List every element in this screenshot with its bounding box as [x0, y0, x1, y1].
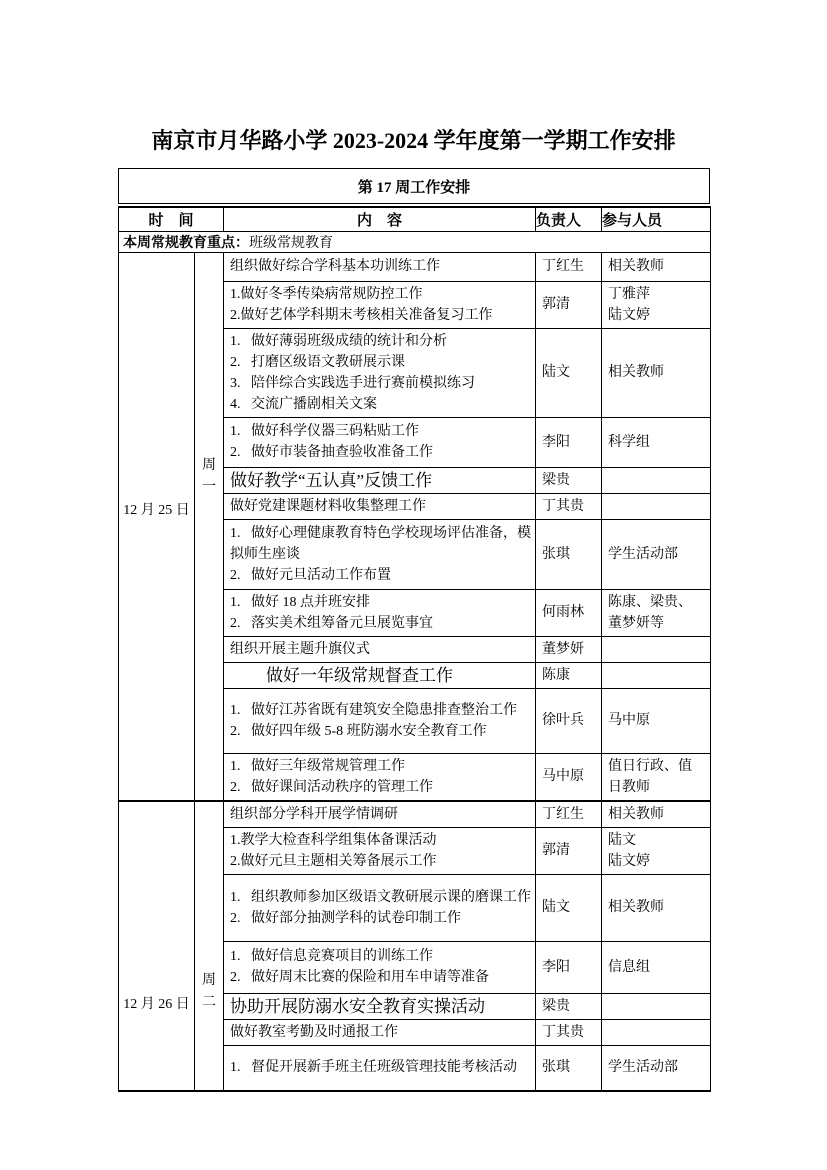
participants-cell	[602, 467, 711, 493]
task-content: 1. 做好科学仪器三码粘贴工作 2. 做好市装备抽查验收准备工作	[224, 417, 536, 467]
leader-cell: 何雨林	[536, 589, 602, 636]
weekday-text: 周二	[202, 970, 217, 1014]
participants-cell: 相关教师	[602, 801, 711, 828]
task-content: 1. 做好薄弱班级成绩的统计和分析 2. 打磨区级语文教研展示课 3. 陪伴综合…	[224, 328, 536, 417]
leader-cell: 梁贵	[536, 467, 602, 493]
participants-cell: 相关教师	[602, 252, 711, 281]
leader-cell: 董梦妍	[536, 636, 602, 662]
leader-cell: 徐叶兵	[536, 688, 602, 753]
participants-cell: 丁雅萍 陆文婷	[602, 281, 711, 328]
participants-cell	[602, 636, 711, 662]
task-content: 做好一年级常规督查工作	[224, 662, 536, 688]
participants-cell: 陆文 陆文婷	[602, 827, 711, 874]
leader-cell: 丁其贵	[536, 493, 602, 519]
participants-cell	[602, 493, 711, 519]
task-content: 1.做好冬季传染病常规防控工作 2.做好艺体学科期末考核相关准备复习工作	[224, 281, 536, 328]
date-cell: 12 月 26 日	[119, 801, 195, 1092]
task-content: 做好教室考勤及时通报工作	[224, 1019, 536, 1045]
weekly-focus-value: 班级常规教育	[249, 236, 333, 251]
week-banner-table: 第 17 周工作安排	[118, 168, 710, 204]
task-content: 协助开展防溺水安全教育实操活动	[224, 993, 536, 1019]
column-header-leader: 负责人	[536, 207, 602, 231]
table-row: 12 月 26 日 周二 组织部分学科开展学情调研 丁红生 相关教师	[119, 801, 711, 828]
weekday-text: 周一	[202, 455, 217, 499]
participants-cell: 相关教师	[602, 328, 711, 417]
date-text: 12 月 25 日	[119, 499, 194, 519]
leader-cell: 郭清	[536, 827, 602, 874]
task-content: 组织部分学科开展学情调研	[224, 801, 536, 828]
leader-cell: 陆文	[536, 328, 602, 417]
table-row: 12 月 25 日 周一 组织做好综合学科基本功训练工作 丁红生 相关教师	[119, 252, 711, 281]
page-title: 南京市月华路小学 2023-2024 学年度第一学期工作安排	[0, 126, 827, 156]
task-content: 做好党建课题材料收集整理工作	[224, 493, 536, 519]
leader-cell: 丁红生	[536, 252, 602, 281]
header-row: 时 间 内 容 负责人 参与人员	[119, 207, 711, 231]
participants-cell: 学生活动部	[602, 519, 711, 589]
participants-cell	[602, 993, 711, 1019]
schedule-table: 时 间 内 容 负责人 参与人员 本周常规教育重点：班级常规教育 12 月 25…	[118, 206, 711, 1092]
leader-cell: 丁其贵	[536, 1019, 602, 1045]
date-cell: 12 月 25 日	[119, 252, 195, 801]
weekday-cell: 周一	[195, 252, 224, 801]
leader-cell: 张琪	[536, 1045, 602, 1091]
weekly-focus-label: 本周常规教育重点：	[123, 236, 249, 251]
participants-cell: 学生活动部	[602, 1045, 711, 1091]
task-content: 组织做好综合学科基本功训练工作	[224, 252, 536, 281]
participants-cell: 科学组	[602, 417, 711, 467]
task-content: 1.教学大检查科学组集体备课活动 2.做好元旦主题相关筹备展示工作	[224, 827, 536, 874]
task-content: 做好教学“五认真”反馈工作	[224, 467, 536, 493]
participants-cell: 陈康、梁贵、董梦妍等	[602, 589, 711, 636]
focus-row: 本周常规教育重点：班级常规教育	[119, 231, 711, 252]
document-page: 南京市月华路小学 2023-2024 学年度第一学期工作安排 第 17 周工作安…	[0, 0, 827, 1170]
task-content: 1. 组织教师参加区级语文教研展示课的磨课工作 2. 做好部分抽测学科的试卷印制…	[224, 874, 536, 941]
task-content: 1. 做好三年级常规管理工作 2. 做好课间活动秩序的管理工作	[224, 753, 536, 801]
task-content: 1. 做好信息竞赛项目的训练工作 2. 做好周末比赛的保险和用车申请等准备	[224, 941, 536, 993]
leader-cell: 梁贵	[536, 993, 602, 1019]
leader-cell: 张琪	[536, 519, 602, 589]
task-content: 组织开展主题升旗仪式	[224, 636, 536, 662]
leader-cell: 李阳	[536, 941, 602, 993]
participants-cell	[602, 662, 711, 688]
participants-cell: 马中原	[602, 688, 711, 753]
task-content: 1. 做好 18 点并班安排 2. 落实美术组筹备元旦展览事宜	[224, 589, 536, 636]
participants-cell: 相关教师	[602, 874, 711, 941]
task-content: 1. 督促开展新手班主任班级管理技能考核活动	[224, 1045, 536, 1091]
column-header-time: 时 间	[119, 207, 224, 231]
task-content: 1. 做好心理健康教育特色学校现场评估准备，模拟师生座谈 2. 做好元旦活动工作…	[224, 519, 536, 589]
week-banner: 第 17 周工作安排	[119, 169, 710, 204]
participants-cell: 信息组	[602, 941, 711, 993]
leader-cell: 丁红生	[536, 801, 602, 828]
leader-cell: 李阳	[536, 417, 602, 467]
leader-cell: 陆文	[536, 874, 602, 941]
week-banner-row: 第 17 周工作安排	[119, 169, 710, 204]
date-text: 12 月 26 日	[119, 993, 194, 1013]
leader-cell: 郭清	[536, 281, 602, 328]
column-header-content: 内 容	[224, 207, 536, 231]
leader-cell: 马中原	[536, 753, 602, 801]
weekly-focus: 本周常规教育重点：班级常规教育	[119, 231, 711, 252]
weekday-cell: 周二	[195, 801, 224, 1092]
leader-cell: 陈康	[536, 662, 602, 688]
participants-cell	[602, 1019, 711, 1045]
task-content: 1. 做好江苏省既有建筑安全隐患排查整治工作 2. 做好四年级 5-8 班防溺水…	[224, 688, 536, 753]
column-header-participants: 参与人员	[602, 207, 711, 231]
participants-cell: 值日行政、值日教师	[602, 753, 711, 801]
